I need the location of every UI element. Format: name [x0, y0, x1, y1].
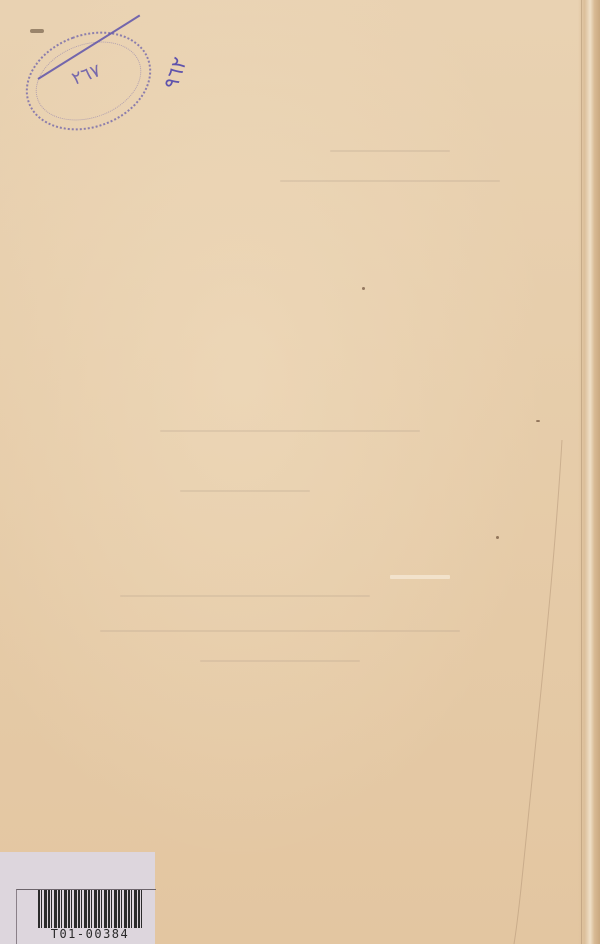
bleed-through-line: [160, 430, 420, 432]
light-streak: [390, 575, 450, 579]
paper-crease: [510, 440, 570, 944]
barcode-number: T01-00384: [38, 927, 142, 941]
speck: [362, 287, 365, 290]
bleed-through-line: [200, 660, 360, 662]
bleed-through-line: [100, 630, 460, 632]
ink-smudge: [30, 29, 44, 33]
barcode-icon: [38, 890, 142, 928]
bleed-through-line: [280, 180, 500, 182]
bleed-through-line: [180, 490, 310, 492]
handwritten-note: ٩٦٢: [134, 38, 217, 109]
page-edge-line: [581, 0, 582, 944]
scanned-page: ٢٦٧ ٩٦٢ T01-00384: [0, 0, 600, 944]
bleed-through-line: [120, 595, 370, 597]
speck: [536, 420, 540, 422]
speck: [496, 536, 499, 539]
bleed-through-line: [330, 150, 450, 152]
